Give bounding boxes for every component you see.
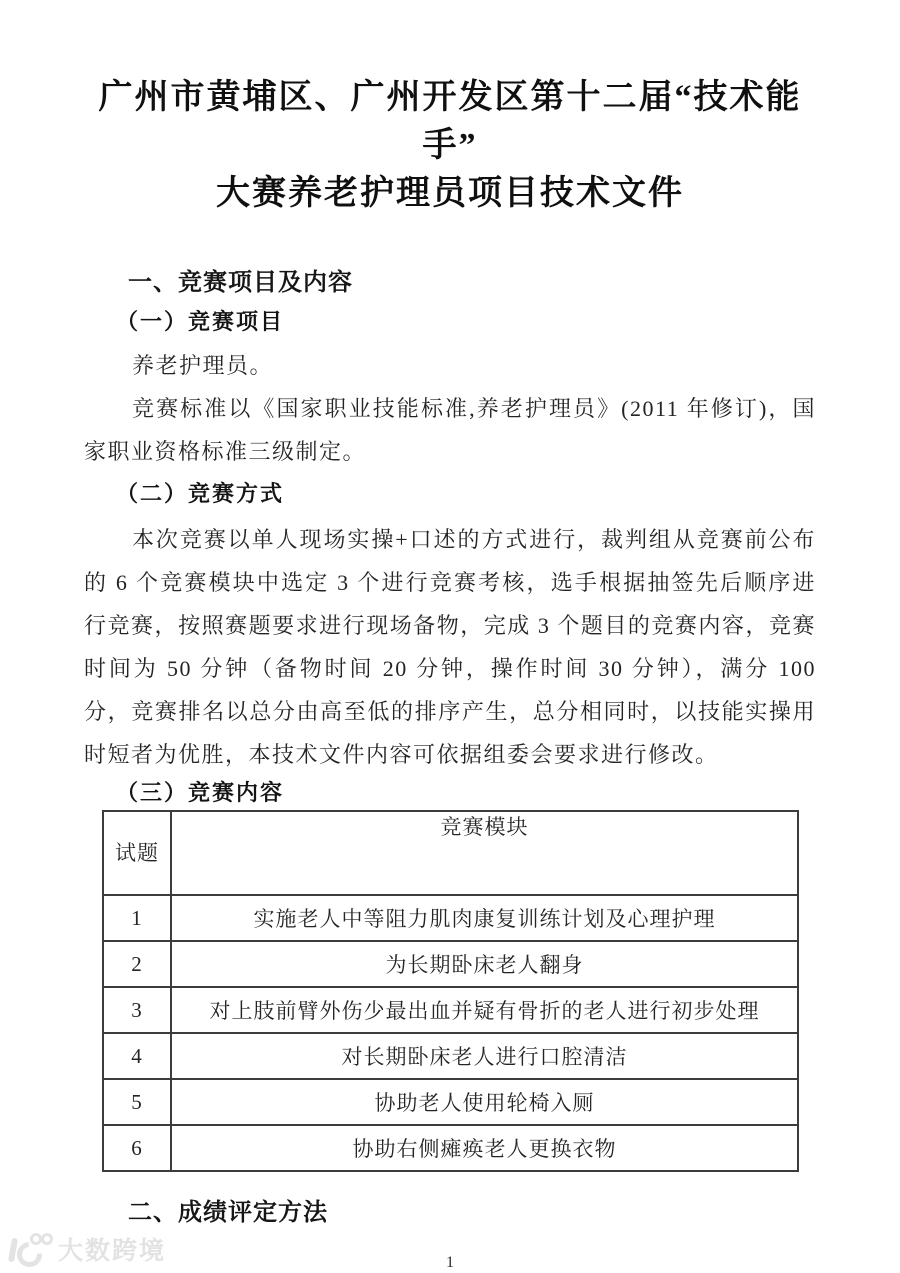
section2-heading: 二、成绩评定方法 [84, 1198, 816, 1228]
document-title-line1: 广州市黄埔区、广州开发区第十二届“技术能手” [84, 74, 816, 170]
table-row: 5 协助老人使用轮椅入厕 [103, 1079, 798, 1125]
table-cell-number: 4 [103, 1033, 171, 1079]
table-cell-module: 对上肢前臂外伤少最出血并疑有骨折的老人进行初步处理 [171, 987, 798, 1033]
table-header-exam-number: 试题 [103, 811, 171, 895]
table-header-module: 竞赛模块 [171, 811, 798, 895]
table-row: 4 对长期卧床老人进行口腔清洁 [103, 1033, 798, 1079]
table-row: 2 为长期卧床老人翻身 [103, 941, 798, 987]
table-cell-number: 3 [103, 987, 171, 1033]
watermark-brand-text: 大数跨境 [58, 1231, 166, 1267]
watermark: 大数跨境 [8, 1232, 166, 1266]
table-row: 1 实施老人中等阻力肌肉康复训练计划及心理护理 [103, 895, 798, 941]
document-page: 广州市黄埔区、广州开发区第十二届“技术能手” 大赛养老护理员项目技术文件 一、竞… [0, 0, 900, 1273]
section1-heading: 一、竞赛项目及内容 [84, 268, 816, 298]
table-cell-module: 对长期卧床老人进行口腔清洁 [171, 1033, 798, 1079]
table-cell-number: 1 [103, 895, 171, 941]
competition-content-table: 试题 竞赛模块 1 实施老人中等阻力肌肉康复训练计划及心理护理 2 为长期卧床老… [102, 810, 799, 1172]
competition-standard-paragraph: 竞赛标准以《国家职业技能标准,养老护理员》(2011 年修订)，国家职业资格标准… [84, 387, 816, 473]
table-row: 3 对上肢前臂外伤少最出血并疑有骨折的老人进行初步处理 [103, 987, 798, 1033]
section1-sub2-heading: （二）竞赛方式 [84, 479, 816, 509]
watermark-logo-icon [8, 1232, 50, 1266]
table-header-row: 试题 竞赛模块 [103, 811, 798, 895]
document-title: 广州市黄埔区、广州开发区第十二届“技术能手” 大赛养老护理员项目技术文件 [84, 74, 816, 218]
page-number: 1 [84, 1254, 816, 1272]
competition-project-paragraph: 养老护理员。 [84, 344, 816, 387]
document-title-line2: 大赛养老护理员项目技术文件 [84, 170, 816, 218]
table-cell-number: 6 [103, 1125, 171, 1171]
table-cell-module: 协助右侧瘫痪老人更换衣物 [171, 1125, 798, 1171]
competition-mode-paragraph: 本次竞赛以单人现场实操+口述的方式进行，裁判组从竞赛前公布的 6 个竞赛模块中选… [84, 518, 816, 776]
table-cell-number: 5 [103, 1079, 171, 1125]
table-cell-module: 为长期卧床老人翻身 [171, 941, 798, 987]
section1-sub3-heading: （三）竞赛内容 [84, 778, 816, 808]
table-row: 6 协助右侧瘫痪老人更换衣物 [103, 1125, 798, 1171]
table-cell-module: 实施老人中等阻力肌肉康复训练计划及心理护理 [171, 895, 798, 941]
table-cell-number: 2 [103, 941, 171, 987]
section1-sub1-heading: （一）竞赛项目 [84, 307, 816, 337]
table-cell-module: 协助老人使用轮椅入厕 [171, 1079, 798, 1125]
